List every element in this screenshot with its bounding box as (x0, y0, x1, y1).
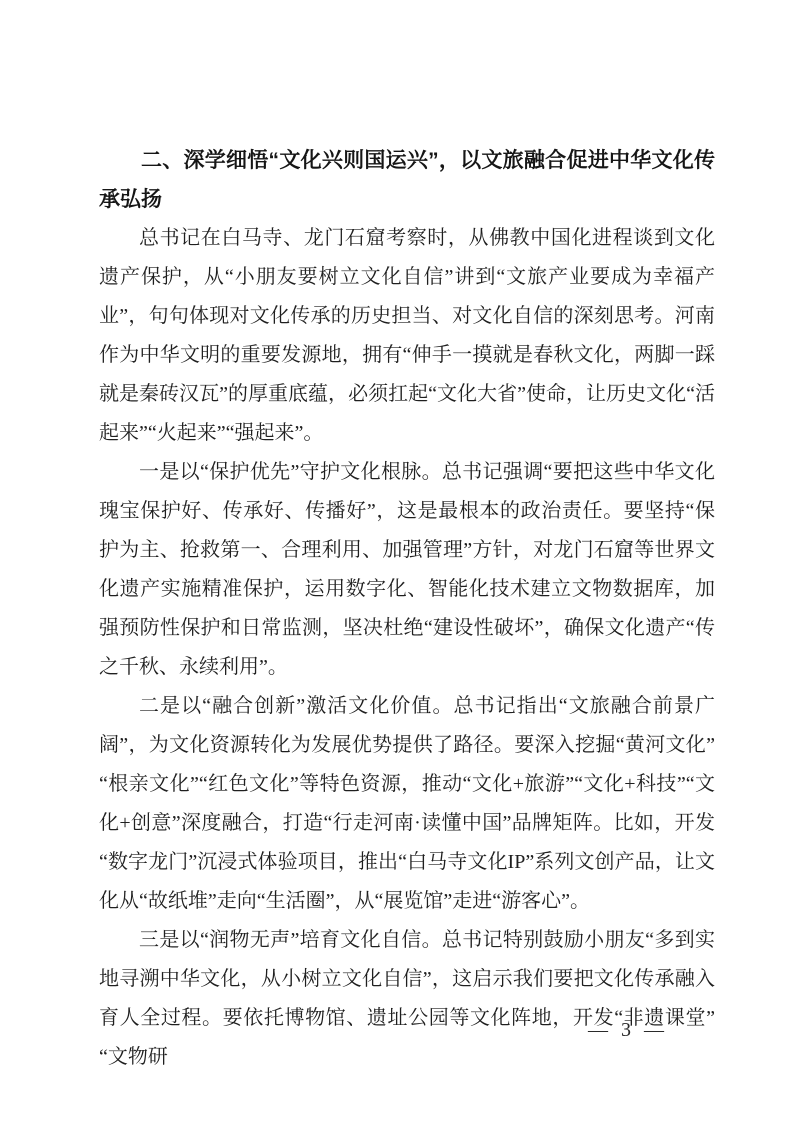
page-number: — 3 — (588, 1016, 668, 1044)
section-heading: 二、深学细悟“文化兴则国运兴”，以文旅融合促进中华文化传承弘扬 (99, 141, 715, 219)
paragraph-point-1: 一是以“保护优先”守护文化根脉。总书记强调“要把这些中华文化瑰宝保护好、传承好、… (99, 453, 715, 687)
paragraph-intro: 总书记在白马寺、龙门石窟考察时，从佛教中国化进程谈到文化遗产保护，从“小朋友要树… (99, 219, 715, 453)
document-page: 二、深学细悟“文化兴则国运兴”，以文旅融合促进中华文化传承弘扬 总书记在白马寺、… (0, 0, 794, 1122)
paragraph-point-2: 二是以“融合创新”激活文化价值。总书记指出“文旅融合前景广阔”，为文化资源转化为… (99, 687, 715, 921)
document-body: 二、深学细悟“文化兴则国运兴”，以文旅融合促进中华文化传承弘扬 总书记在白马寺、… (99, 141, 715, 1077)
paragraph-point-3: 三是以“润物无声”培育文化自信。总书记特别鼓励小朋友“多到实地寻溯中华文化，从小… (99, 921, 715, 1077)
